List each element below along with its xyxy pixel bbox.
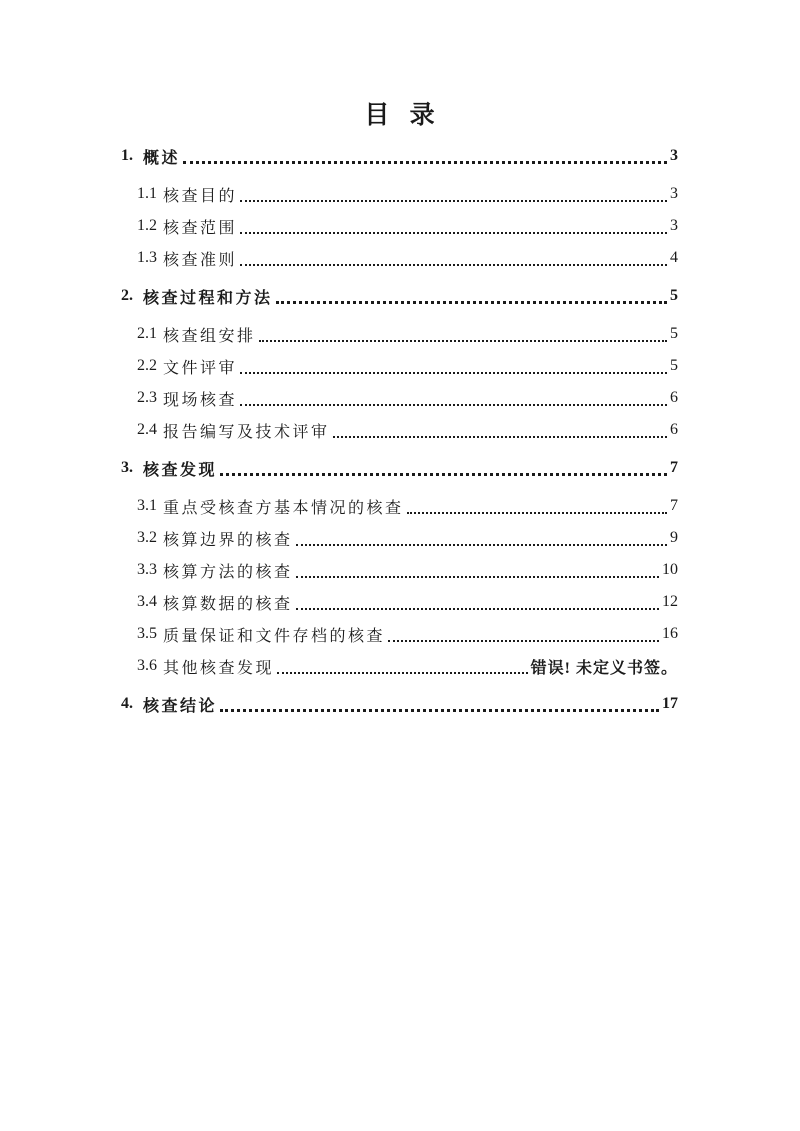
toc-dot-leader xyxy=(296,576,659,578)
toc-entry-page: 7 xyxy=(670,459,678,477)
toc-entry-3-4[interactable]: 3.4 核算数据的核查 12 xyxy=(121,586,678,618)
toc-dot-leader xyxy=(240,264,667,266)
toc-dot-leader xyxy=(183,161,667,164)
toc-entry-number: 1. xyxy=(121,147,133,165)
toc-dot-leader xyxy=(407,512,667,514)
toc-entry-1[interactable]: 1. 概述 3 xyxy=(121,140,678,172)
toc-entry-label: 报告编写及技术评审 xyxy=(163,419,330,442)
toc-entry-page: 10 xyxy=(662,561,678,579)
toc-dot-leader xyxy=(388,640,659,642)
toc-entry-2-2[interactable]: 2.2 文件评审 5 xyxy=(121,350,678,382)
toc-entry-label: 核查过程和方法 xyxy=(143,285,273,308)
toc-entry-3-3[interactable]: 3.3 核算方法的核查 10 xyxy=(121,554,678,586)
toc-entry-page: 17 xyxy=(662,695,678,713)
toc-entry-3-1[interactable]: 3.1 重点受核查方基本情况的核查 7 xyxy=(121,490,678,522)
toc-entry-number: 2.2 xyxy=(137,357,157,375)
toc-entry-page: 5 xyxy=(670,357,678,375)
toc-entry-number: 3. xyxy=(121,459,133,477)
toc-dot-leader xyxy=(296,544,667,546)
toc-entry-2-1[interactable]: 2.1 核查组安排 5 xyxy=(121,318,678,350)
toc-dot-leader xyxy=(220,709,659,712)
toc-entry-number: 1.1 xyxy=(137,185,157,203)
toc-dot-leader xyxy=(240,232,667,234)
toc-entry-label: 概述 xyxy=(143,145,180,168)
toc-entry-3-2[interactable]: 3.2 核算边界的核查 9 xyxy=(121,522,678,554)
toc-entry-page: 5 xyxy=(670,287,678,305)
toc-entry-number: 3.5 xyxy=(137,625,157,643)
toc-entry-label: 现场核查 xyxy=(163,387,237,410)
toc-entry-number: 3.3 xyxy=(137,561,157,579)
toc-entry-page: 6 xyxy=(670,389,678,407)
toc-entry-label: 核查组安排 xyxy=(163,323,256,346)
toc-entry-number: 2. xyxy=(121,287,133,305)
toc-entry-page: 3 xyxy=(670,185,678,203)
toc-entry-2[interactable]: 2. 核查过程和方法 5 xyxy=(121,280,678,312)
toc-dot-leader xyxy=(259,340,667,342)
toc-entry-page: 6 xyxy=(670,421,678,439)
toc-entry-label: 核算方法的核查 xyxy=(163,559,293,582)
toc-entry-label: 核算边界的核查 xyxy=(163,527,293,550)
toc-entry-number: 3.6 xyxy=(137,657,157,675)
toc-entry-page: 3 xyxy=(670,217,678,235)
toc-entry-label: 核查结论 xyxy=(143,693,217,716)
document-page: 目 录 1. 概述 3 1.1 核查目的 3 1.2 核查范围 3 1.3 核查… xyxy=(0,0,800,720)
toc-entry-label: 文件评审 xyxy=(163,355,237,378)
toc-entry-page: 3 xyxy=(670,147,678,165)
toc-entry-number: 3.1 xyxy=(137,497,157,515)
toc-title: 目 录 xyxy=(0,100,800,132)
toc-entry-label: 核查发现 xyxy=(143,457,217,480)
toc-entry-3-5[interactable]: 3.5 质量保证和文件存档的核查 16 xyxy=(121,618,678,650)
toc-entry-number: 1.2 xyxy=(137,217,157,235)
toc-entry-number: 2.3 xyxy=(137,389,157,407)
toc-entry-number: 3.4 xyxy=(137,593,157,611)
toc-entry-page: 9 xyxy=(670,529,678,547)
toc-entry-label: 核查目的 xyxy=(163,183,237,206)
toc-entry-page: 16 xyxy=(662,625,678,643)
toc-dot-leader xyxy=(240,200,667,202)
toc-entry-label: 核算数据的核查 xyxy=(163,591,293,614)
toc-entry-1-2[interactable]: 1.2 核查范围 3 xyxy=(121,210,678,242)
toc-entry-page: 4 xyxy=(670,249,678,267)
toc-entry-page: 12 xyxy=(662,593,678,611)
toc-dot-leader xyxy=(277,672,528,674)
toc-entry-4[interactable]: 4. 核查结论 17 xyxy=(121,688,678,720)
toc-entry-label: 核查范围 xyxy=(163,215,237,238)
toc-entry-number: 2.4 xyxy=(137,421,157,439)
toc-list: 1. 概述 3 1.1 核查目的 3 1.2 核查范围 3 1.3 核查准则 4… xyxy=(121,140,678,720)
toc-entry-label: 核查准则 xyxy=(163,247,237,270)
toc-entry-2-3[interactable]: 2.3 现场核查 6 xyxy=(121,382,678,414)
toc-entry-1-3[interactable]: 1.3 核查准则 4 xyxy=(121,242,678,274)
toc-entry-number: 4. xyxy=(121,695,133,713)
toc-dot-leader xyxy=(333,436,667,438)
toc-entry-number: 2.1 xyxy=(137,325,157,343)
toc-entry-page: 7 xyxy=(670,497,678,515)
toc-entry-label: 质量保证和文件存档的核查 xyxy=(163,623,385,646)
toc-entry-number: 1.3 xyxy=(137,249,157,267)
toc-entry-page-error-bookmark: 错误! 未定义书签。 xyxy=(531,655,678,678)
toc-dot-leader xyxy=(240,372,667,374)
toc-entry-label: 其他核查发现 xyxy=(163,655,274,678)
toc-entry-1-1[interactable]: 1.1 核查目的 3 xyxy=(121,178,678,210)
toc-entry-3[interactable]: 3. 核查发现 7 xyxy=(121,452,678,484)
toc-entry-label: 重点受核查方基本情况的核查 xyxy=(163,495,404,518)
toc-entry-page: 5 xyxy=(670,325,678,343)
toc-entry-number: 3.2 xyxy=(137,529,157,547)
toc-entry-3-6[interactable]: 3.6 其他核查发现 错误! 未定义书签。 xyxy=(121,650,678,682)
toc-dot-leader xyxy=(240,404,667,406)
toc-dot-leader xyxy=(276,301,667,304)
toc-entry-2-4[interactable]: 2.4 报告编写及技术评审 6 xyxy=(121,414,678,446)
toc-dot-leader xyxy=(296,608,659,610)
toc-dot-leader xyxy=(220,473,667,476)
